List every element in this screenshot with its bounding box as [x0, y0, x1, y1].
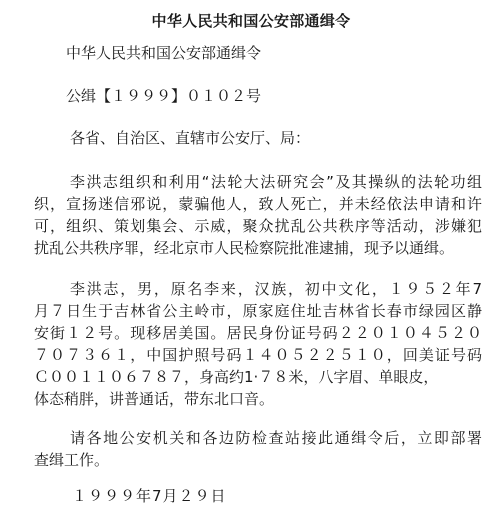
paragraph-line: 扰乱公共秩序罪，经北京市人民检察院批准逮捕，现予以通缉。	[34, 237, 482, 259]
paragraph-line: 体态稍胖，讲普通话，带东北口音。	[34, 388, 482, 410]
document-title: 中华人民共和国公安部通缉令	[0, 11, 502, 31]
paragraph-3: 请各地公安机关和各边防检查站接此通缉令后，立即部署 查缉工作。	[34, 427, 482, 471]
paragraph-line: 织，宣扬迷信邪说，蒙骗他人，致人死亡，并未经依法申请和许	[34, 193, 482, 215]
document-number: 公缉【１９９９】０１０２号	[66, 86, 261, 106]
paragraph-line: ７０７３６１，中国护照号码１４０５２２５１０，回美证号码	[34, 344, 482, 366]
document-date: １９９９年7月２９日	[72, 486, 227, 506]
addressee: 各省、自治区、直辖市公安厅、局：	[70, 128, 310, 148]
paragraph-1: 李洪志组织和利用“法轮大法研究会”及其操纵的法轮功组 织，宣扬迷信邪说，蒙骗他人…	[34, 171, 482, 259]
paragraph-line: 安街１２号。现移居美国。居民身份证号码２２０１０４５２０	[34, 322, 482, 344]
paragraph-line: 李洪志，男，原名李来，汉族，初中文化，１９５２年7	[34, 278, 482, 300]
paragraph-line: 可，组织、策划集会、示威，聚众扰乱公共秩序等活动，涉嫌犯	[34, 215, 482, 237]
paragraph-2: 李洪志，男，原名李来，汉族，初中文化，１９５２年7 月７日生于吉林省公主岭市，原…	[34, 278, 482, 410]
paragraph-line: 月７日生于吉林省公主岭市，原家庭住址吉林省长春市绿园区静	[34, 300, 482, 322]
paragraph-line: Ｃ００１１０６７８７，身高约1·７８米，八字眉、单眼皮，	[34, 366, 482, 388]
paragraph-line: 查缉工作。	[34, 449, 482, 471]
paragraph-line: 请各地公安机关和各边防检查站接此通缉令后，立即部署	[34, 427, 482, 449]
document-subtitle: 中华人民共和国公安部通缉令	[66, 43, 261, 63]
paragraph-line: 李洪志组织和利用“法轮大法研究会”及其操纵的法轮功组	[34, 171, 482, 193]
